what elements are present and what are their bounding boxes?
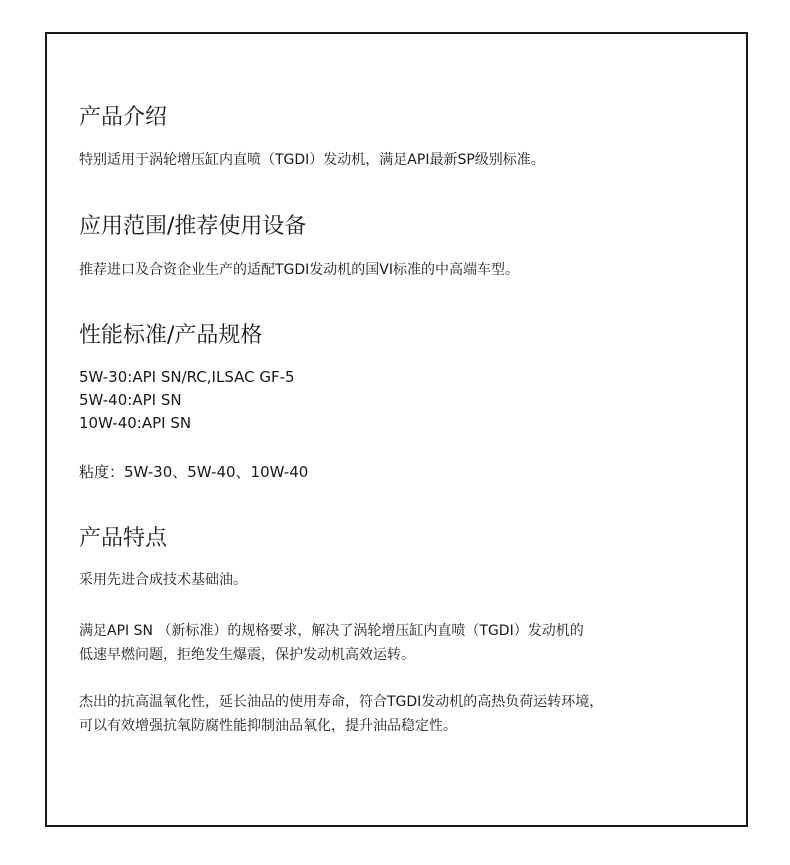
intro-text: 特别适用于涡轮增压缸内直喷（TGDI）发动机，满足API最新SP级别标准。 — [79, 148, 545, 172]
spec-line: 5W-40:API SN — [79, 389, 182, 412]
spec-line: 5W-30:API SN/RC,ILSAC GF-5 — [79, 366, 295, 389]
application-text: 推荐进口及合资企业生产的适配TGDI发动机的国VI标准的中高端车型。 — [79, 258, 519, 282]
feature-paragraph: 杰出的抗高温氧化性，延长油品的使用寿命，符合TGDI发动机的高热负荷运转环境， — [79, 690, 603, 714]
section-title-specs: 性能标准/产品规格 — [79, 322, 262, 350]
section-title-features: 产品特点 — [79, 525, 167, 553]
viscosity-text: 粘度：5W-30、5W-40、10W-40 — [79, 461, 308, 484]
feature-paragraph: 低速早燃问题，拒绝发生爆震，保护发动机高效运转。 — [79, 643, 415, 667]
section-title-intro: 产品介绍 — [79, 104, 167, 132]
feature-paragraph: 可以有效增强抗氧防腐性能抑制油品氧化，提升油品稳定性。 — [79, 714, 457, 738]
feature-paragraph: 采用先进合成技术基础油。 — [79, 568, 247, 592]
section-title-application: 应用范围/推荐使用设备 — [79, 213, 306, 241]
spec-line: 10W-40:API SN — [79, 412, 191, 435]
feature-paragraph: 满足API SN （新标准）的规格要求，解决了涡轮增压缸内直喷（TGDI）发动机… — [79, 619, 584, 643]
